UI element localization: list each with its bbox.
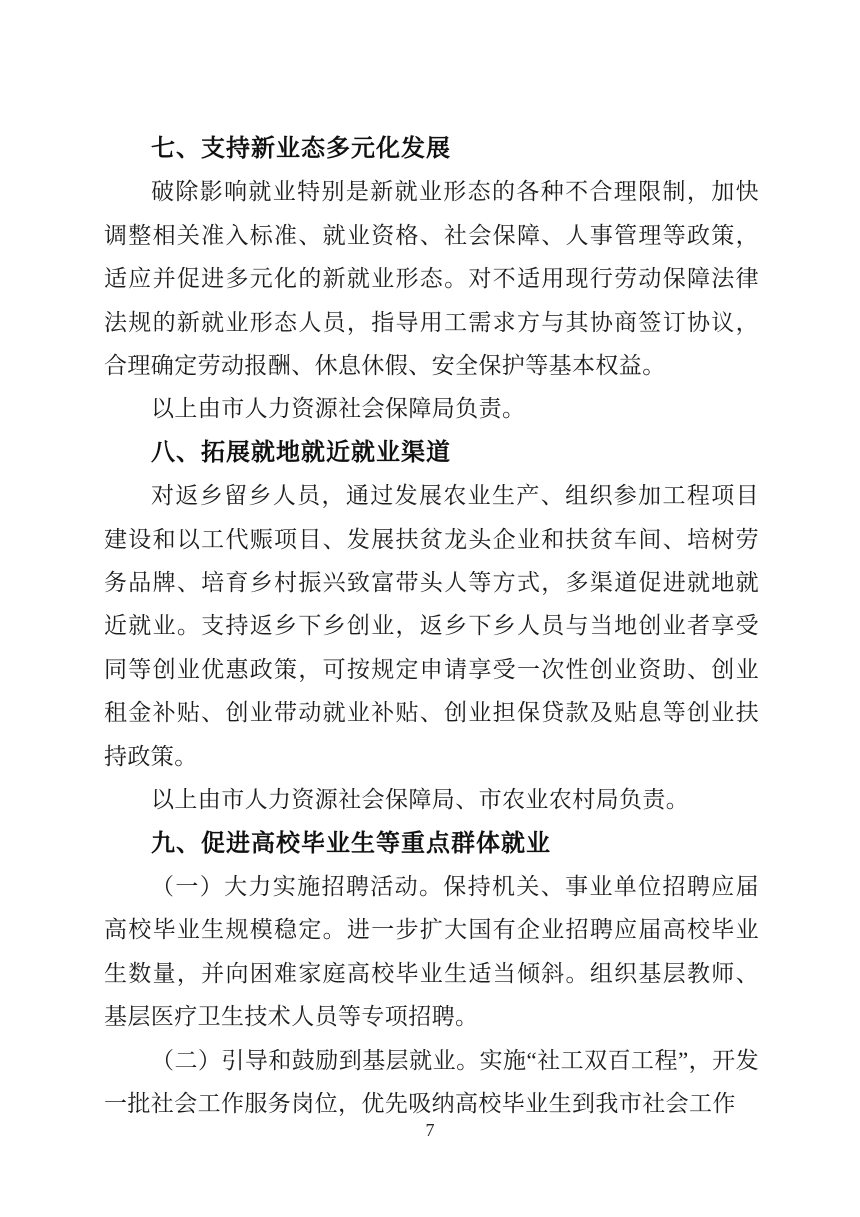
paragraph: （二）引导和鼓励到基层就业。实施“社工双百工程”，开发一批社会工作服务岗位，优先… <box>104 1039 759 1126</box>
section-heading: 七、支持新业态多元化发展 <box>104 127 759 170</box>
section-8: 八、拓展就地就近就业渠道 对返乡留乡人员，通过发展农业生产、组织参加工程项目建设… <box>104 431 759 822</box>
paragraph: 破除影响就业特别是新就业形态的各种不合理限制，加快调整相关准入标准、就业资格、社… <box>104 170 759 387</box>
document-content: 七、支持新业态多元化发展 破除影响就业特别是新就业形态的各种不合理限制，加快调整… <box>104 127 759 1125</box>
section-7: 七、支持新业态多元化发展 破除影响就业特别是新就业形态的各种不合理限制，加快调整… <box>104 127 759 431</box>
responsibility-paragraph: 以上由市人力资源社会保障局负责。 <box>104 387 759 430</box>
page-number: 7 <box>0 1119 860 1141</box>
paragraph: （一）大力实施招聘活动。保持机关、事业单位招聘应届高校毕业生规模稳定。进一步扩大… <box>104 865 759 1039</box>
responsibility-paragraph: 以上由市人力资源社会保障局、市农业农村局负责。 <box>104 778 759 821</box>
section-heading: 八、拓展就地就近就业渠道 <box>104 431 759 474</box>
paragraph: 对返乡留乡人员，通过发展农业生产、组织参加工程项目建设和以工代赈项目、发展扶贫龙… <box>104 474 759 778</box>
section-9: 九、促进高校毕业生等重点群体就业 （一）大力实施招聘活动。保持机关、事业单位招聘… <box>104 822 759 1126</box>
document-page: 七、支持新业态多元化发展 破除影响就业特别是新就业形态的各种不合理限制，加快调整… <box>0 0 860 1217</box>
section-heading: 九、促进高校毕业生等重点群体就业 <box>104 822 759 865</box>
